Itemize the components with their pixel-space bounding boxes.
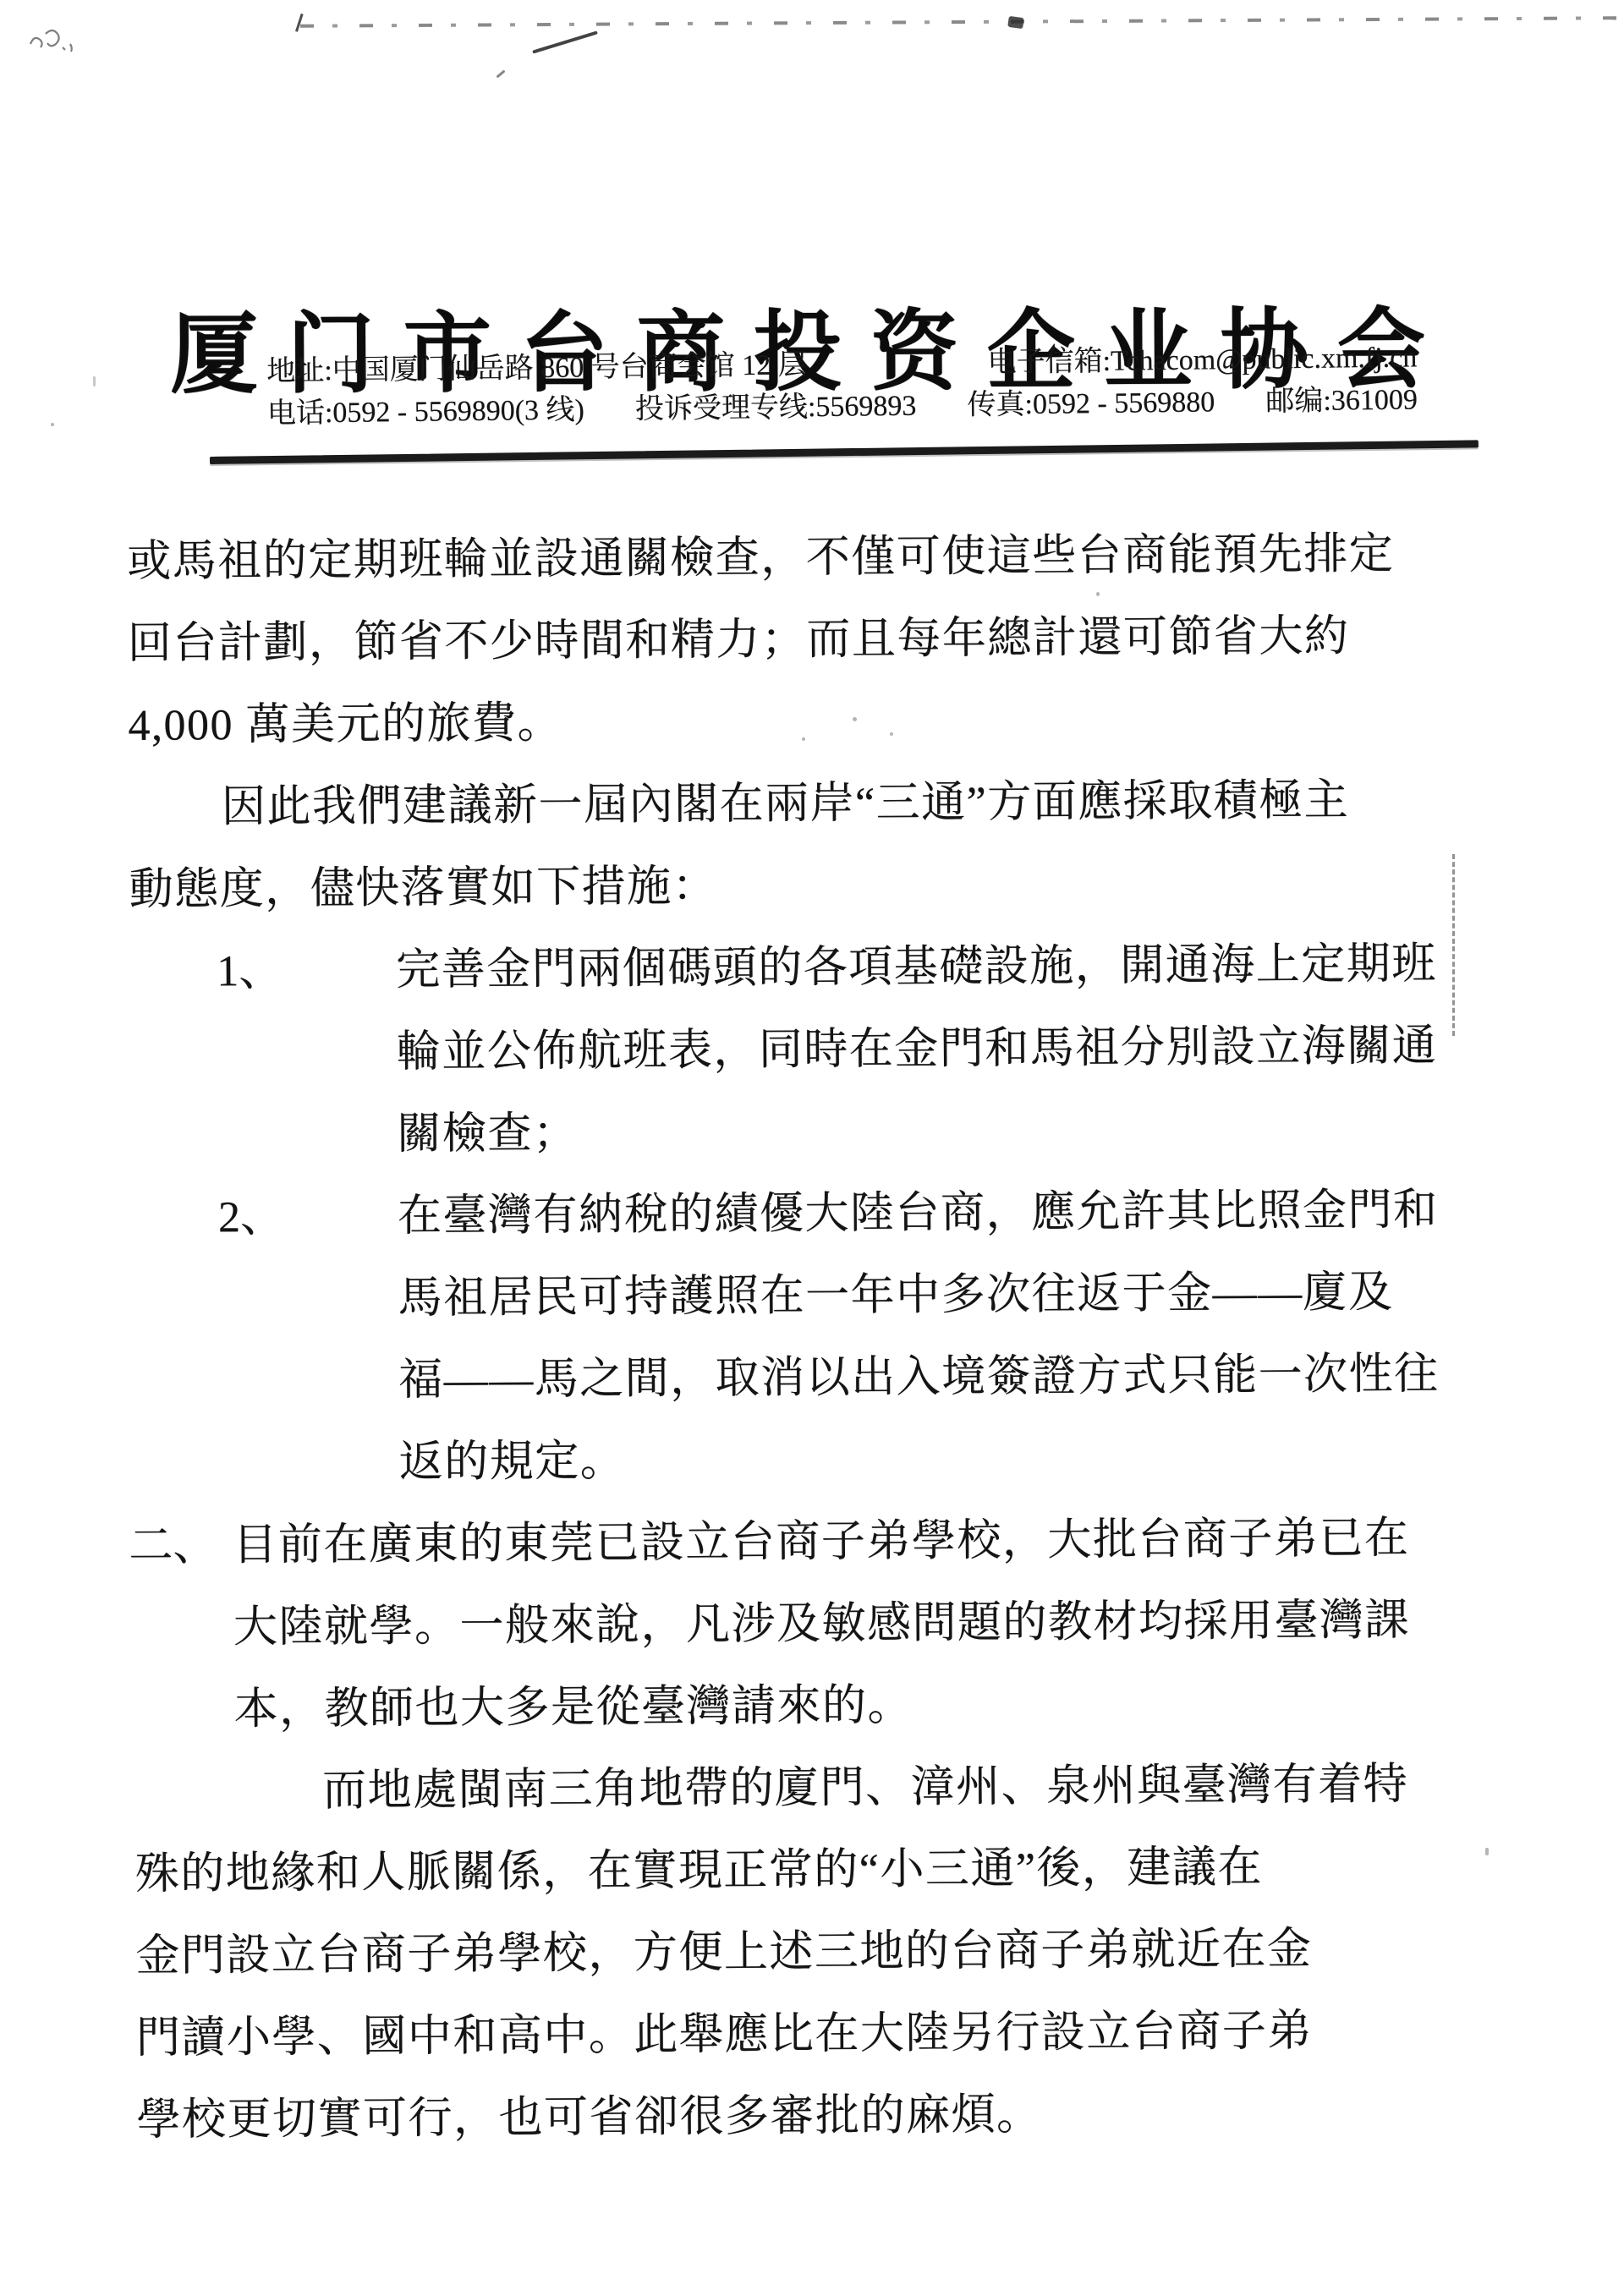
line-text: 完善金門兩個碼頭的各項基礎設施，開通海上定期班 <box>396 940 1437 995</box>
contact-block: 地址:中国厦门仙岳路 860 号台商会馆 12 层 电子信箱:Tchacom@p… <box>266 332 1418 431</box>
text-line: 大陸就學。一般來說，凡涉及敏感問題的教材均採用臺灣課 <box>129 1579 1517 1669</box>
text-line: 2、在臺灣有納稅的績優大陸台商，應允許其比照金門和 <box>127 1169 1515 1259</box>
document-body: 或馬祖的定期班輪並設通關檢查，不僅可使這些台商能預先排定回台計劃，節省不少時間和… <box>123 512 1520 2162</box>
email-text: 电子信箱:Tchacom@public.xm.fj.cn <box>987 333 1417 380</box>
line-text: 本，教師也大多是從臺灣請來的。 <box>233 1681 913 1734</box>
text-line: 輪並公佈航班表，同時在金門和馬祖分別設立海關通 <box>126 1005 1514 1095</box>
line-text: 殊的地緣和人脈關係，在實現正常的“小三通”後，建議在 <box>135 1844 1263 1899</box>
scan-artifact-top-dashed-line <box>300 16 1624 28</box>
line-text: 而地處閩南三角地帶的廈門、漳州、泉州與臺灣有着特 <box>322 1761 1408 1816</box>
text-line: 動態度，儘快落實如下措施： <box>124 841 1512 931</box>
line-text: 金門設立台商子弟學校，方便上述三地的台商子弟就近在金 <box>135 1925 1312 1980</box>
line-text: 大陸就學。一般來說，凡涉及敏感問題的教材均採用臺灣課 <box>233 1597 1410 1652</box>
text-line: 本，教師也大多是從臺灣請來的。 <box>129 1661 1517 1751</box>
text-line: 關檢查； <box>126 1087 1514 1177</box>
text-line: 馬祖居民可持護照在一年中多次往返于金——廈及 <box>127 1251 1515 1341</box>
scan-artifact-ink-blob <box>1007 16 1024 29</box>
postal-code-text: 邮编:361009 <box>1265 375 1418 419</box>
text-line: 殊的地緣和人脈關係，在實現正常的“小三通”後，建議在 <box>130 1825 1518 1915</box>
line-text: 在臺灣有納稅的績優大陸台商，應允許其比照金門和 <box>398 1186 1439 1241</box>
list-marker: 2、 <box>218 1176 285 1258</box>
text-line: 4,000 萬美元的旅費。 <box>123 677 1512 767</box>
line-text: 門讀小學、國中和高中。此舉應比在大陸另行設立台商子弟 <box>136 2007 1313 2062</box>
scan-artifact-pen-stroke-small <box>496 69 505 78</box>
line-text: 輪並公佈航班表，同時在金門和馬祖分別設立海關通 <box>397 1022 1438 1077</box>
line-text: 4,000 萬美元的旅費。 <box>128 699 562 750</box>
text-line: 或馬祖的定期班輪並設通關檢查，不僅可使這些台商能預先排定 <box>123 512 1511 603</box>
line-text: 目前在廣東的東莞已設立台商子弟學校，大批台商子弟已在 <box>233 1515 1409 1570</box>
scan-artifact-speck <box>93 376 96 386</box>
scan-artifact-speck <box>51 423 54 426</box>
text-line: 二、目前在廣東的東莞已設立台商子弟學校，大批台商子弟已在 <box>129 1497 1517 1587</box>
scanned-document-page: 厦门市台商投资企业协会 地址:中国厦门仙岳路 860 号台商会馆 12 层 电子… <box>0 0 1624 2296</box>
text-line: 因此我們建議新一屆內閣在兩岸“三通”方面應採取積極主 <box>124 759 1512 849</box>
complaint-hotline-text: 投诉受理专线:5569893 <box>635 381 917 426</box>
scan-artifact-pen-stroke <box>532 30 598 53</box>
fax-text: 传真:0592 - 5569880 <box>967 378 1215 423</box>
line-text: 福——馬之間，取消以出入境簽證方式只能一次性往 <box>398 1351 1440 1406</box>
text-line: 金門設立台商子弟學校，方便上述三地的台商子弟就近在金 <box>131 1907 1519 1997</box>
line-text: 或馬祖的定期班輪並設通關檢查，不僅可使這些台商能預先排定 <box>127 530 1394 586</box>
text-line: 回台計劃，節省不少時間和精力；而且每年總計還可節省大約 <box>123 595 1512 685</box>
text-line: 門讀小學、國中和高中。此舉應比在大陸另行設立台商子弟 <box>132 1989 1520 2080</box>
line-text: 關檢查； <box>397 1110 578 1159</box>
text-line: 福——馬之間，取消以出入境簽證方式只能一次性往 <box>128 1333 1516 1423</box>
list-marker: 1、 <box>217 930 283 1012</box>
scan-artifact-tick <box>295 14 315 36</box>
line-text: 因此我們建議新一屆內閣在兩岸“三通”方面應採取積極主 <box>222 776 1349 831</box>
list-marker: 二、 <box>129 1504 217 1587</box>
line-text: 返的規定。 <box>399 1437 626 1487</box>
letterhead-divider-rule <box>210 440 1479 464</box>
line-text: 動態度，儘快落實如下措施： <box>129 863 717 914</box>
line-text: 學校更切實可行，也可省卻很多審批的麻煩。 <box>136 2091 1041 2145</box>
text-line: 返的規定。 <box>129 1415 1517 1505</box>
text-line: 學校更切實可行，也可省卻很多審批的麻煩。 <box>132 2071 1520 2162</box>
scan-artifact-squiggle <box>24 19 117 61</box>
line-text: 回台計劃，節省不少時間和精力；而且每年總計還可節省大約 <box>128 612 1350 668</box>
text-line: 而地處閩南三角地帶的廈門、漳州、泉州與臺灣有着特 <box>130 1743 1518 1833</box>
line-text: 馬祖居民可持護照在一年中多次往返于金——廈及 <box>398 1269 1393 1323</box>
text-line: 1、完善金門兩個碼頭的各項基礎設施，開通海上定期班 <box>125 923 1513 1013</box>
address-text: 地址:中国厦门仙岳路 860 号台商会馆 12 层 <box>266 341 807 389</box>
phone-text: 电话:0592 - 5569890(3 线) <box>267 386 584 431</box>
